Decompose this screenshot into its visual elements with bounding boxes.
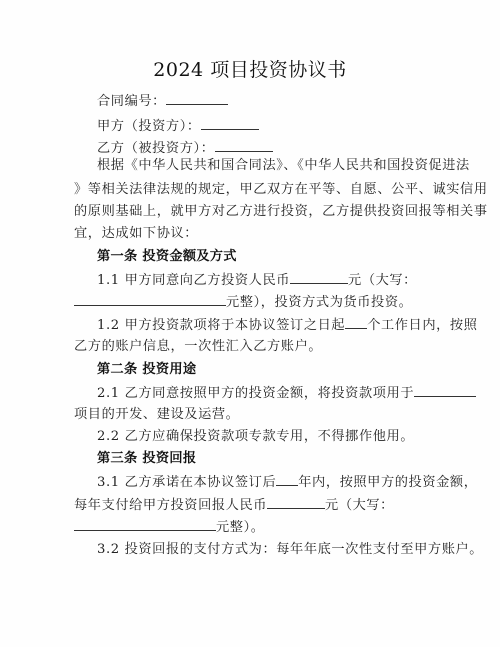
clause-1-2-cont: 乙方的账户信息，一次性汇入乙方账户。 (74, 338, 424, 356)
clause-text: 乙方同意按照甲方的投资金额，将投资款项用于 (125, 386, 415, 401)
clause-number: 3.1 (97, 475, 120, 490)
clause-1-1-cont: 元整），投资方式为货币投资。 (74, 293, 424, 312)
clause-text: 每年支付给甲方投资回报人民币 (74, 498, 267, 513)
clause-text: 投资回报的支付方式为：每年年底一次性支付至甲方账户。 (125, 542, 483, 557)
return-amount-blank[interactable] (267, 496, 325, 509)
contract-number-field: 合同编号： (97, 92, 424, 111)
clause-text: 个工作日内，按照 (367, 318, 477, 333)
clause-3-1-cont: 每年支付给甲方投资回报人民币元（大写： (74, 496, 424, 515)
clause-1-1: 1.1 甲方同意向乙方投资人民币元（大写： (97, 271, 424, 290)
clause-3-2: 3.2 投资回报的支付方式为：每年年底一次性支付至甲方账户。 (97, 541, 424, 559)
document-title: 2024 项目投资协议书 (0, 58, 500, 82)
preamble-line-4: 宜，达成如下协议： (74, 225, 424, 243)
return-capital-blank[interactable] (74, 518, 216, 531)
party-a-label: 甲方（投资方）： (97, 119, 201, 134)
clause-text: 年内，按照甲方的投资金额， (298, 475, 477, 490)
clause-3-1: 3.1 乙方承诺在本协议签订后年内，按照甲方的投资金额， (97, 473, 424, 492)
clause-number: 2.2 (97, 429, 120, 444)
clause-text: 元（大写： (348, 273, 417, 288)
clause-number: 3.2 (97, 542, 120, 557)
preamble-line-3: 的原则基础上，就甲方对乙方进行投资，乙方提供投资回报等相关事 (74, 203, 424, 221)
article-3-heading: 第三条 投资回报 (97, 450, 424, 468)
document-page: 2024 项目投资协议书 合同编号： 甲方（投资方）： 乙方（被投资方）： 根据… (0, 0, 500, 647)
clause-text: 元整），投资方式为货币投资。 (226, 295, 412, 310)
article-2-heading: 第二条 投资用途 (97, 361, 424, 379)
article-1-heading: 第一条 投资金额及方式 (97, 248, 424, 266)
clause-text: 甲方投资款项将于本协议签订之日起 (125, 318, 346, 333)
party-b-label: 乙方（被投资方）： (97, 141, 215, 156)
clause-number: 1.2 (97, 318, 120, 333)
party-a-field: 甲方（投资方）： (97, 117, 424, 136)
clause-text: 甲方同意向乙方投资人民币 (125, 273, 290, 288)
clause-text: 元整）。 (216, 520, 265, 535)
workdays-blank[interactable] (345, 316, 367, 329)
contract-number-blank[interactable] (166, 92, 228, 105)
project-blank[interactable] (414, 384, 476, 397)
preamble-line-1: 根据《中华人民共和国合同法》、《中华人民共和国投资促进法 (97, 157, 424, 175)
clause-2-1: 2.1 乙方同意按照甲方的投资金额，将投资款项用于 (97, 384, 424, 403)
clause-text: 元（大写： (325, 498, 394, 513)
clause-3-1-cont2: 元整）。 (74, 518, 424, 537)
party-b-blank[interactable] (215, 139, 273, 152)
clause-number: 1.1 (97, 273, 120, 288)
amount-capital-blank[interactable] (74, 293, 226, 306)
clause-text: 乙方承诺在本协议签订后 (125, 475, 277, 490)
clause-number: 2.1 (97, 386, 120, 401)
party-b-field: 乙方（被投资方）： (97, 139, 424, 158)
amount-blank[interactable] (290, 271, 348, 284)
clause-2-2: 2.2 乙方应确保投资款项专款专用，不得挪作他用。 (97, 428, 424, 446)
clause-text: 乙方应确保投资款项专款专用，不得挪作他用。 (125, 429, 415, 444)
clause-2-1-cont: 项目的开发、建设及运营。 (74, 406, 424, 424)
party-a-blank[interactable] (201, 117, 259, 130)
contract-number-label: 合同编号： (97, 94, 166, 109)
preamble-line-2: 》等相关法律法规的规定，甲乙双方在平等、自愿、公平、诚实信用 (74, 181, 424, 199)
years-blank[interactable] (276, 473, 298, 486)
clause-1-2: 1.2 甲方投资款项将于本协议签订之日起个工作日内，按照 (97, 316, 424, 335)
